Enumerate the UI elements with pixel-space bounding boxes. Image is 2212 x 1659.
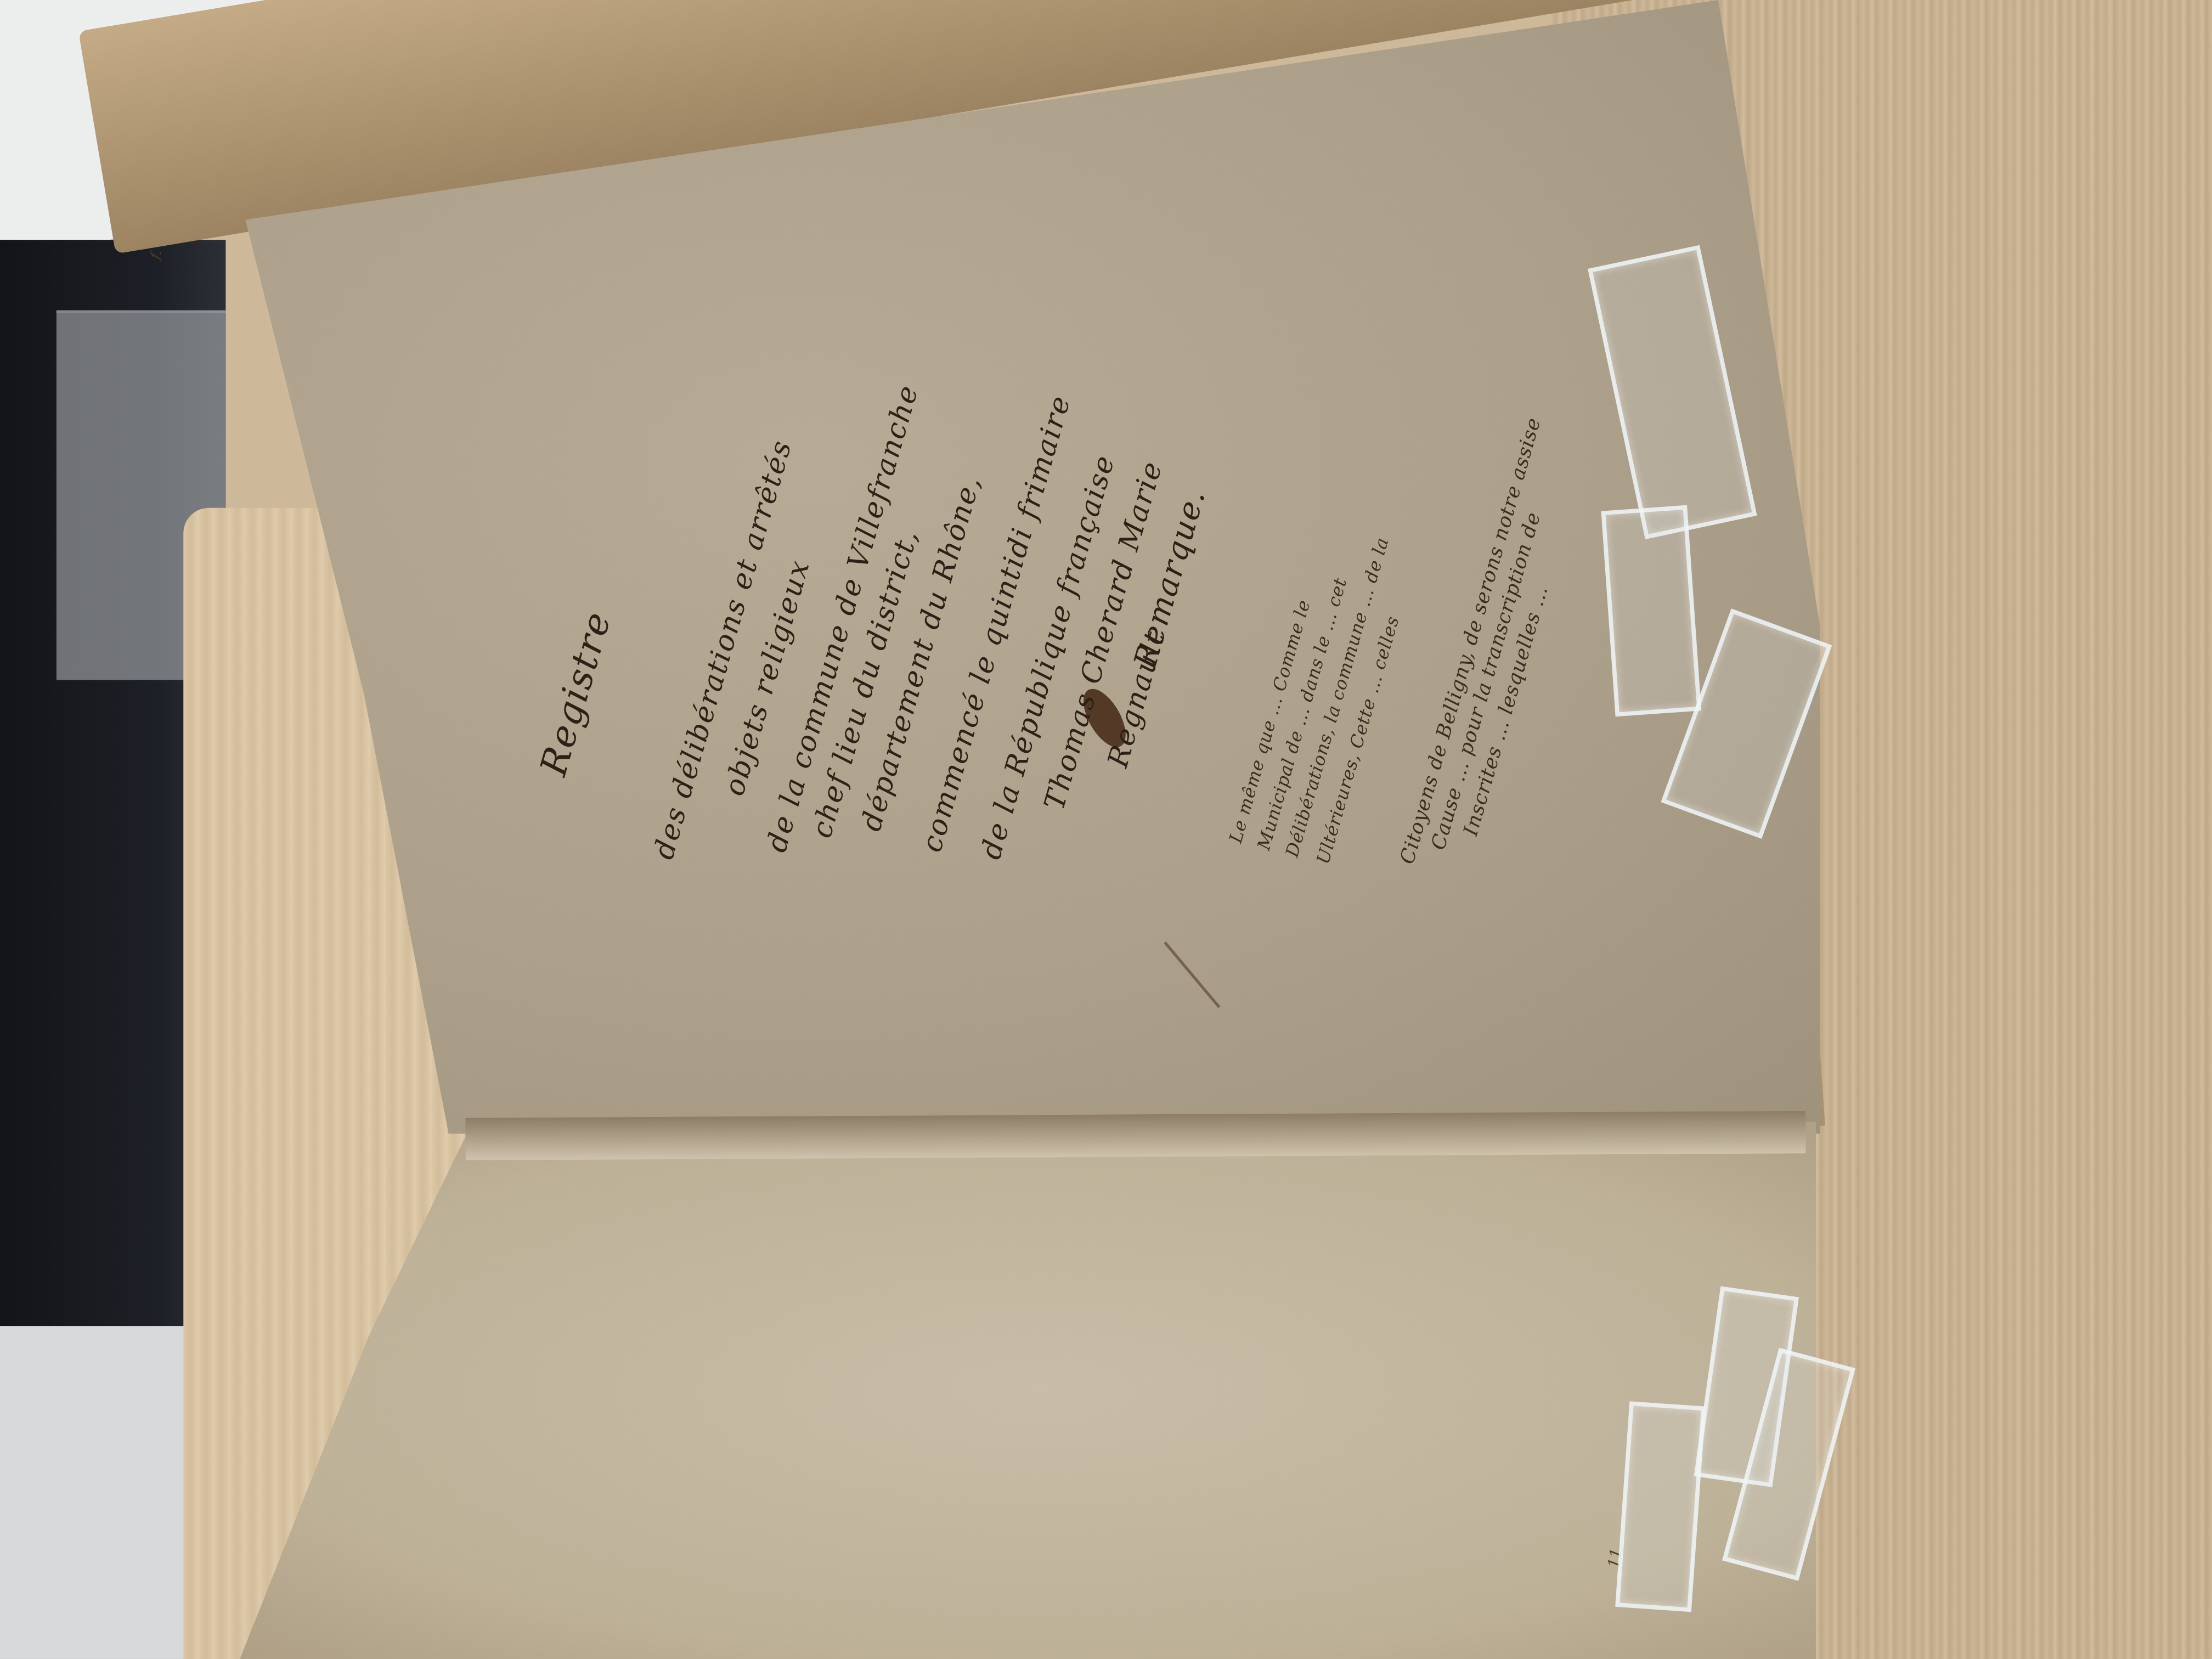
acrylic-stand-upper-foot: [1601, 505, 1701, 716]
acrylic-stand-lower-foot: [1615, 1401, 1706, 1612]
floor-bottom-left: [0, 1326, 198, 1659]
lower-page: [240, 1121, 1848, 1659]
book-gutter: [465, 1111, 1805, 1160]
photo-stage: f. 11 Registre des délibérations et arrê…: [0, 0, 2212, 1659]
